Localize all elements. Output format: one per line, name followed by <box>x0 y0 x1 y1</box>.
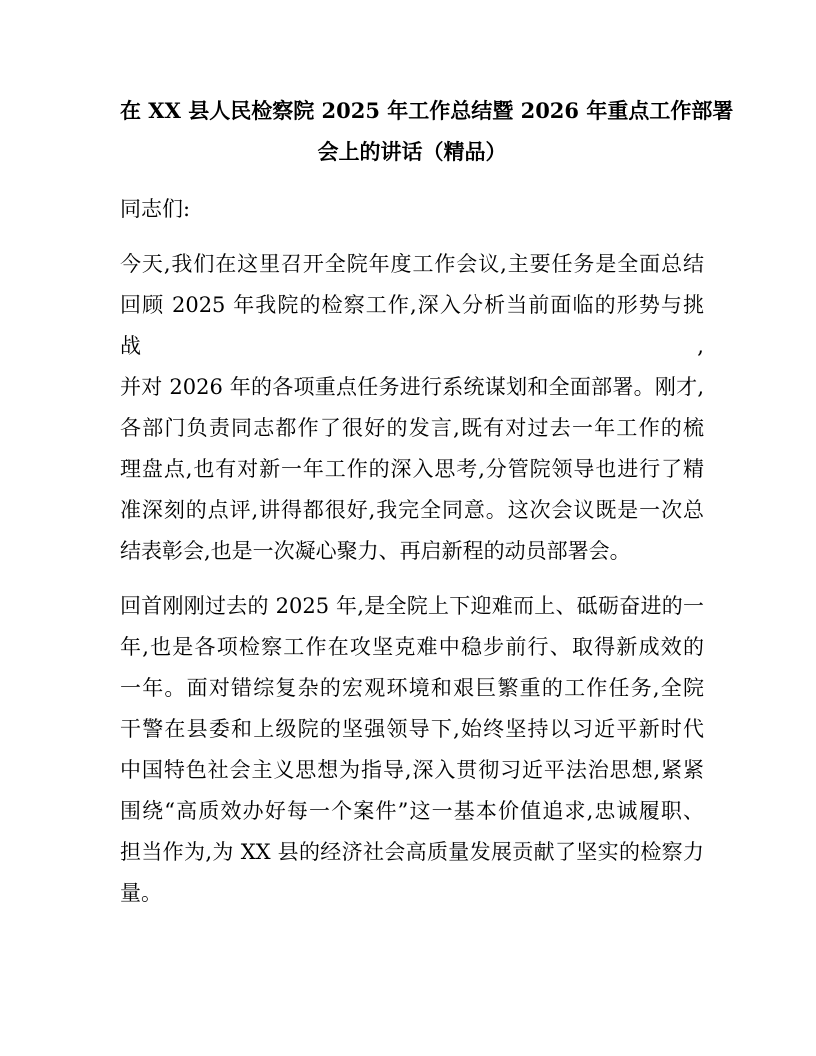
text-line: 理盘点,也有对新一年工作的深入思考,分管院领导也进行了精 <box>120 449 704 490</box>
paragraph-year-review: 回首刚刚过去的 2025 年,是全院上下迎难而上、砥砺奋进的一 年,也是各项检察… <box>120 586 704 914</box>
paragraph-opening: 今天,我们在这里召开全院年度工作会议,主要任务是全面总结 回顾 2025 年我院… <box>120 244 704 572</box>
document-page: 在 XX 县人民检察院 2025 年工作总结暨 2026 年重点工作部署 会上的… <box>0 0 816 1056</box>
salutation: 同志们: <box>120 189 704 230</box>
text-line: 围绕“高质效办好每一个案件”这一基本价值追求,忠诚履职、 <box>120 791 704 832</box>
text-line: 量。 <box>120 873 704 914</box>
text-line: 年,也是各项检察工作在攻坚克难中稳步前行、取得新成效的 <box>120 627 704 668</box>
text-line: 回顾 2025 年我院的检察工作,深入分析当前面临的形势与挑战, <box>120 285 704 367</box>
text-line: 担当作为,为 XX 县的经济社会高质量发展贡献了坚实的检察力 <box>120 832 704 873</box>
text-line: 今天,我们在这里召开全院年度工作会议,主要任务是全面总结 <box>120 244 704 285</box>
text-line: 准深刻的点评,讲得都很好,我完全同意。这次会议既是一次总 <box>120 490 704 531</box>
text-line: 干警在县委和上级院的坚强领导下,始终坚持以习近平新时代 <box>120 709 704 750</box>
text-line: 回首刚刚过去的 2025 年,是全院上下迎难而上、砥砺奋进的一 <box>120 586 704 627</box>
title-line-1: 在 XX 县人民检察院 2025 年工作总结暨 2026 年重点工作部署 <box>120 90 704 131</box>
text-line: 并对 2026 年的各项重点任务进行系统谋划和全面部署。刚才, <box>120 367 704 408</box>
text-line: 中国特色社会主义思想为指导,深入贯彻习近平法治思想,紧紧 <box>120 750 704 791</box>
title-line-2: 会上的讲话（精品） <box>120 131 704 172</box>
document-title: 在 XX 县人民检察院 2025 年工作总结暨 2026 年重点工作部署 会上的… <box>120 90 704 172</box>
text-line: 结表彰会,也是一次凝心聚力、再启新程的动员部署会。 <box>120 531 704 572</box>
text-line: 各部门负责同志都作了很好的发言,既有对过去一年工作的梳 <box>120 408 704 449</box>
text-line: 一年。面对错综复杂的宏观环境和艰巨繁重的工作任务,全院 <box>120 668 704 709</box>
